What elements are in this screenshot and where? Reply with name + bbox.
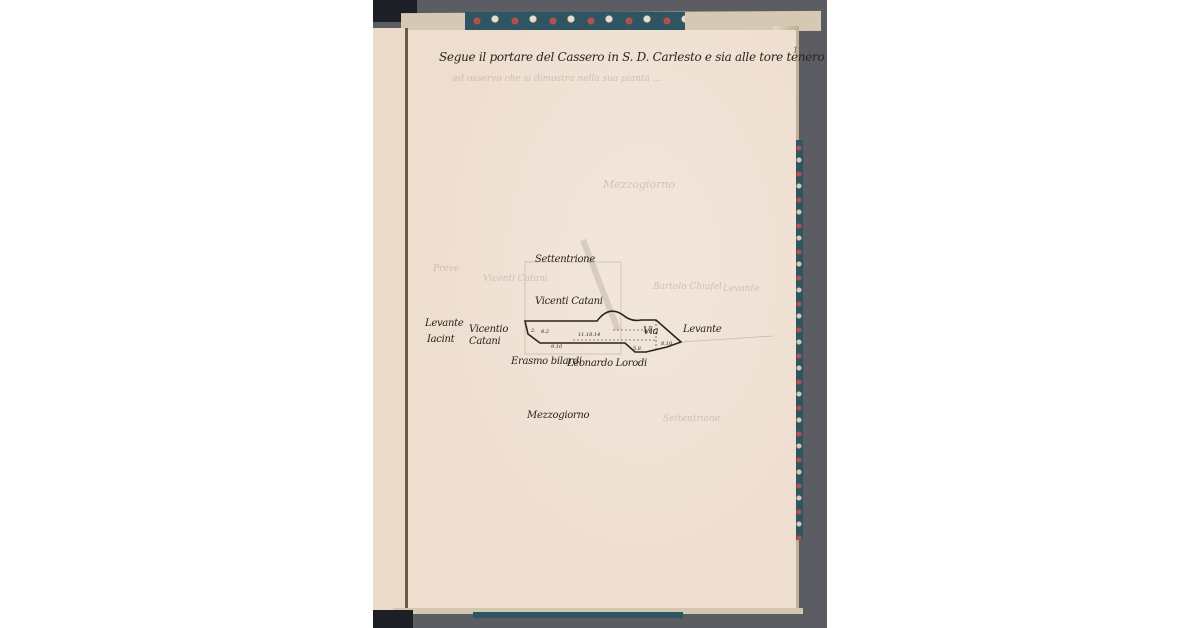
label-north: Settentrione <box>535 254 595 265</box>
svg-text:2.: 2. <box>530 328 536 334</box>
label-neighbor-north: Vicenti Catani <box>535 296 603 307</box>
label-neighbor-west: Vicentio Catani <box>469 324 509 348</box>
label-road: Via <box>643 326 658 337</box>
svg-text:9.10: 9.10 <box>551 344 563 350</box>
label-west-1: Levante <box>425 318 463 329</box>
label-south: Mezzogiorno <box>527 410 589 421</box>
plot-diagram: 2. 8.2 11.18.14 4.6 9.10 5.8 8.10 <box>373 0 827 628</box>
svg-text:8.2: 8.2 <box>541 329 549 335</box>
label-east: Levante <box>683 324 721 335</box>
label-neighbor-southeast: Leonardo Lorodi <box>567 358 647 369</box>
label-west-2: Iacint <box>427 334 454 345</box>
manuscript-scan: ed osservo che si dimostra nella sua pia… <box>373 0 827 628</box>
svg-text:8.10: 8.10 <box>661 341 673 347</box>
svg-text:11.18.14: 11.18.14 <box>578 332 600 338</box>
svg-text:5.8: 5.8 <box>633 346 641 352</box>
